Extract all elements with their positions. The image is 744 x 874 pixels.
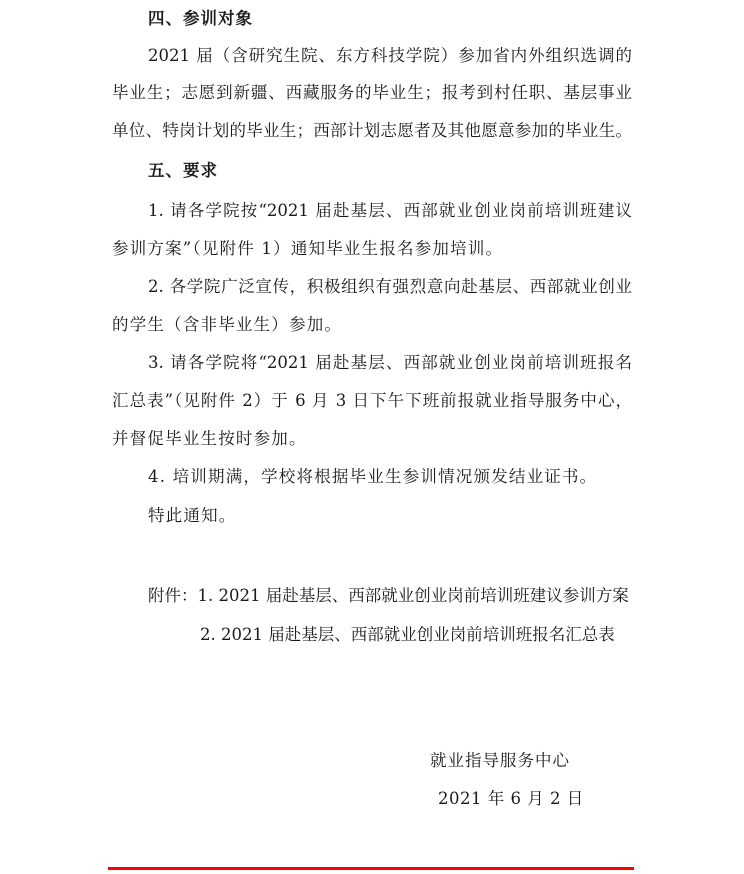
attachments-line-1: 附件：1. 2021 届赴基层、西部就业创业岗前培训班建议参训方案: [148, 585, 632, 607]
attachments-label: 附件：: [148, 586, 198, 605]
requirement-item-1-line: 参训方案”（见附件 1）通知毕业生报名参加培训。: [112, 238, 632, 260]
signature-date: 2021 年 6 月 2 日: [438, 788, 598, 810]
requirement-item-3-line: 汇总表”（见附件 2）于 6 月 3 日下午下班前报就业指导服务中心，: [112, 390, 632, 412]
section-heading-requirements: 五、要求: [148, 160, 668, 182]
attachment-item-2[interactable]: 2. 2021 届赴基层、西部就业创业岗前培训班报名汇总表: [200, 624, 632, 646]
paragraph-line: 毕业生；志愿到新疆、西藏服务的毕业生；报考到村任职、基层事业: [112, 82, 632, 104]
footer-red-rule: [108, 867, 634, 870]
requirement-item-2-line: 2. 各学院广泛宣传，积极组织有强烈意向赴基层、西部就业创业: [148, 276, 632, 298]
requirement-item-1-line: 1. 请各学院按“2021 届赴基层、西部就业创业岗前培训班建议: [148, 200, 632, 222]
requirement-item-2-line: 的学生（含非毕业生）参加。: [112, 314, 632, 336]
requirement-item-3-line: 3. 请各学院将“2021 届赴基层、西部就业创业岗前培训班报名: [148, 352, 632, 374]
section-heading-participants: 四、参训对象: [148, 8, 668, 30]
signature-org: 就业指导服务中心: [430, 750, 590, 772]
attachment-item-1[interactable]: 1. 2021 届赴基层、西部就业创业岗前培训班建议参训方案: [198, 586, 629, 605]
paragraph-line: 2021 届（含研究生院、东方科技学院）参加省内外组织选调的: [148, 45, 632, 67]
paragraph-line: 单位、特岗计划的毕业生；西部计划志愿者及其他愿意参加的毕业生。: [112, 120, 632, 142]
closing-text: 特此通知。: [148, 505, 632, 527]
requirement-item-3-line: 并督促毕业生按时参加。: [112, 428, 632, 450]
requirement-item-4-line: 4. 培训期满，学校将根据毕业生参训情况颁发结业证书。: [148, 466, 632, 488]
